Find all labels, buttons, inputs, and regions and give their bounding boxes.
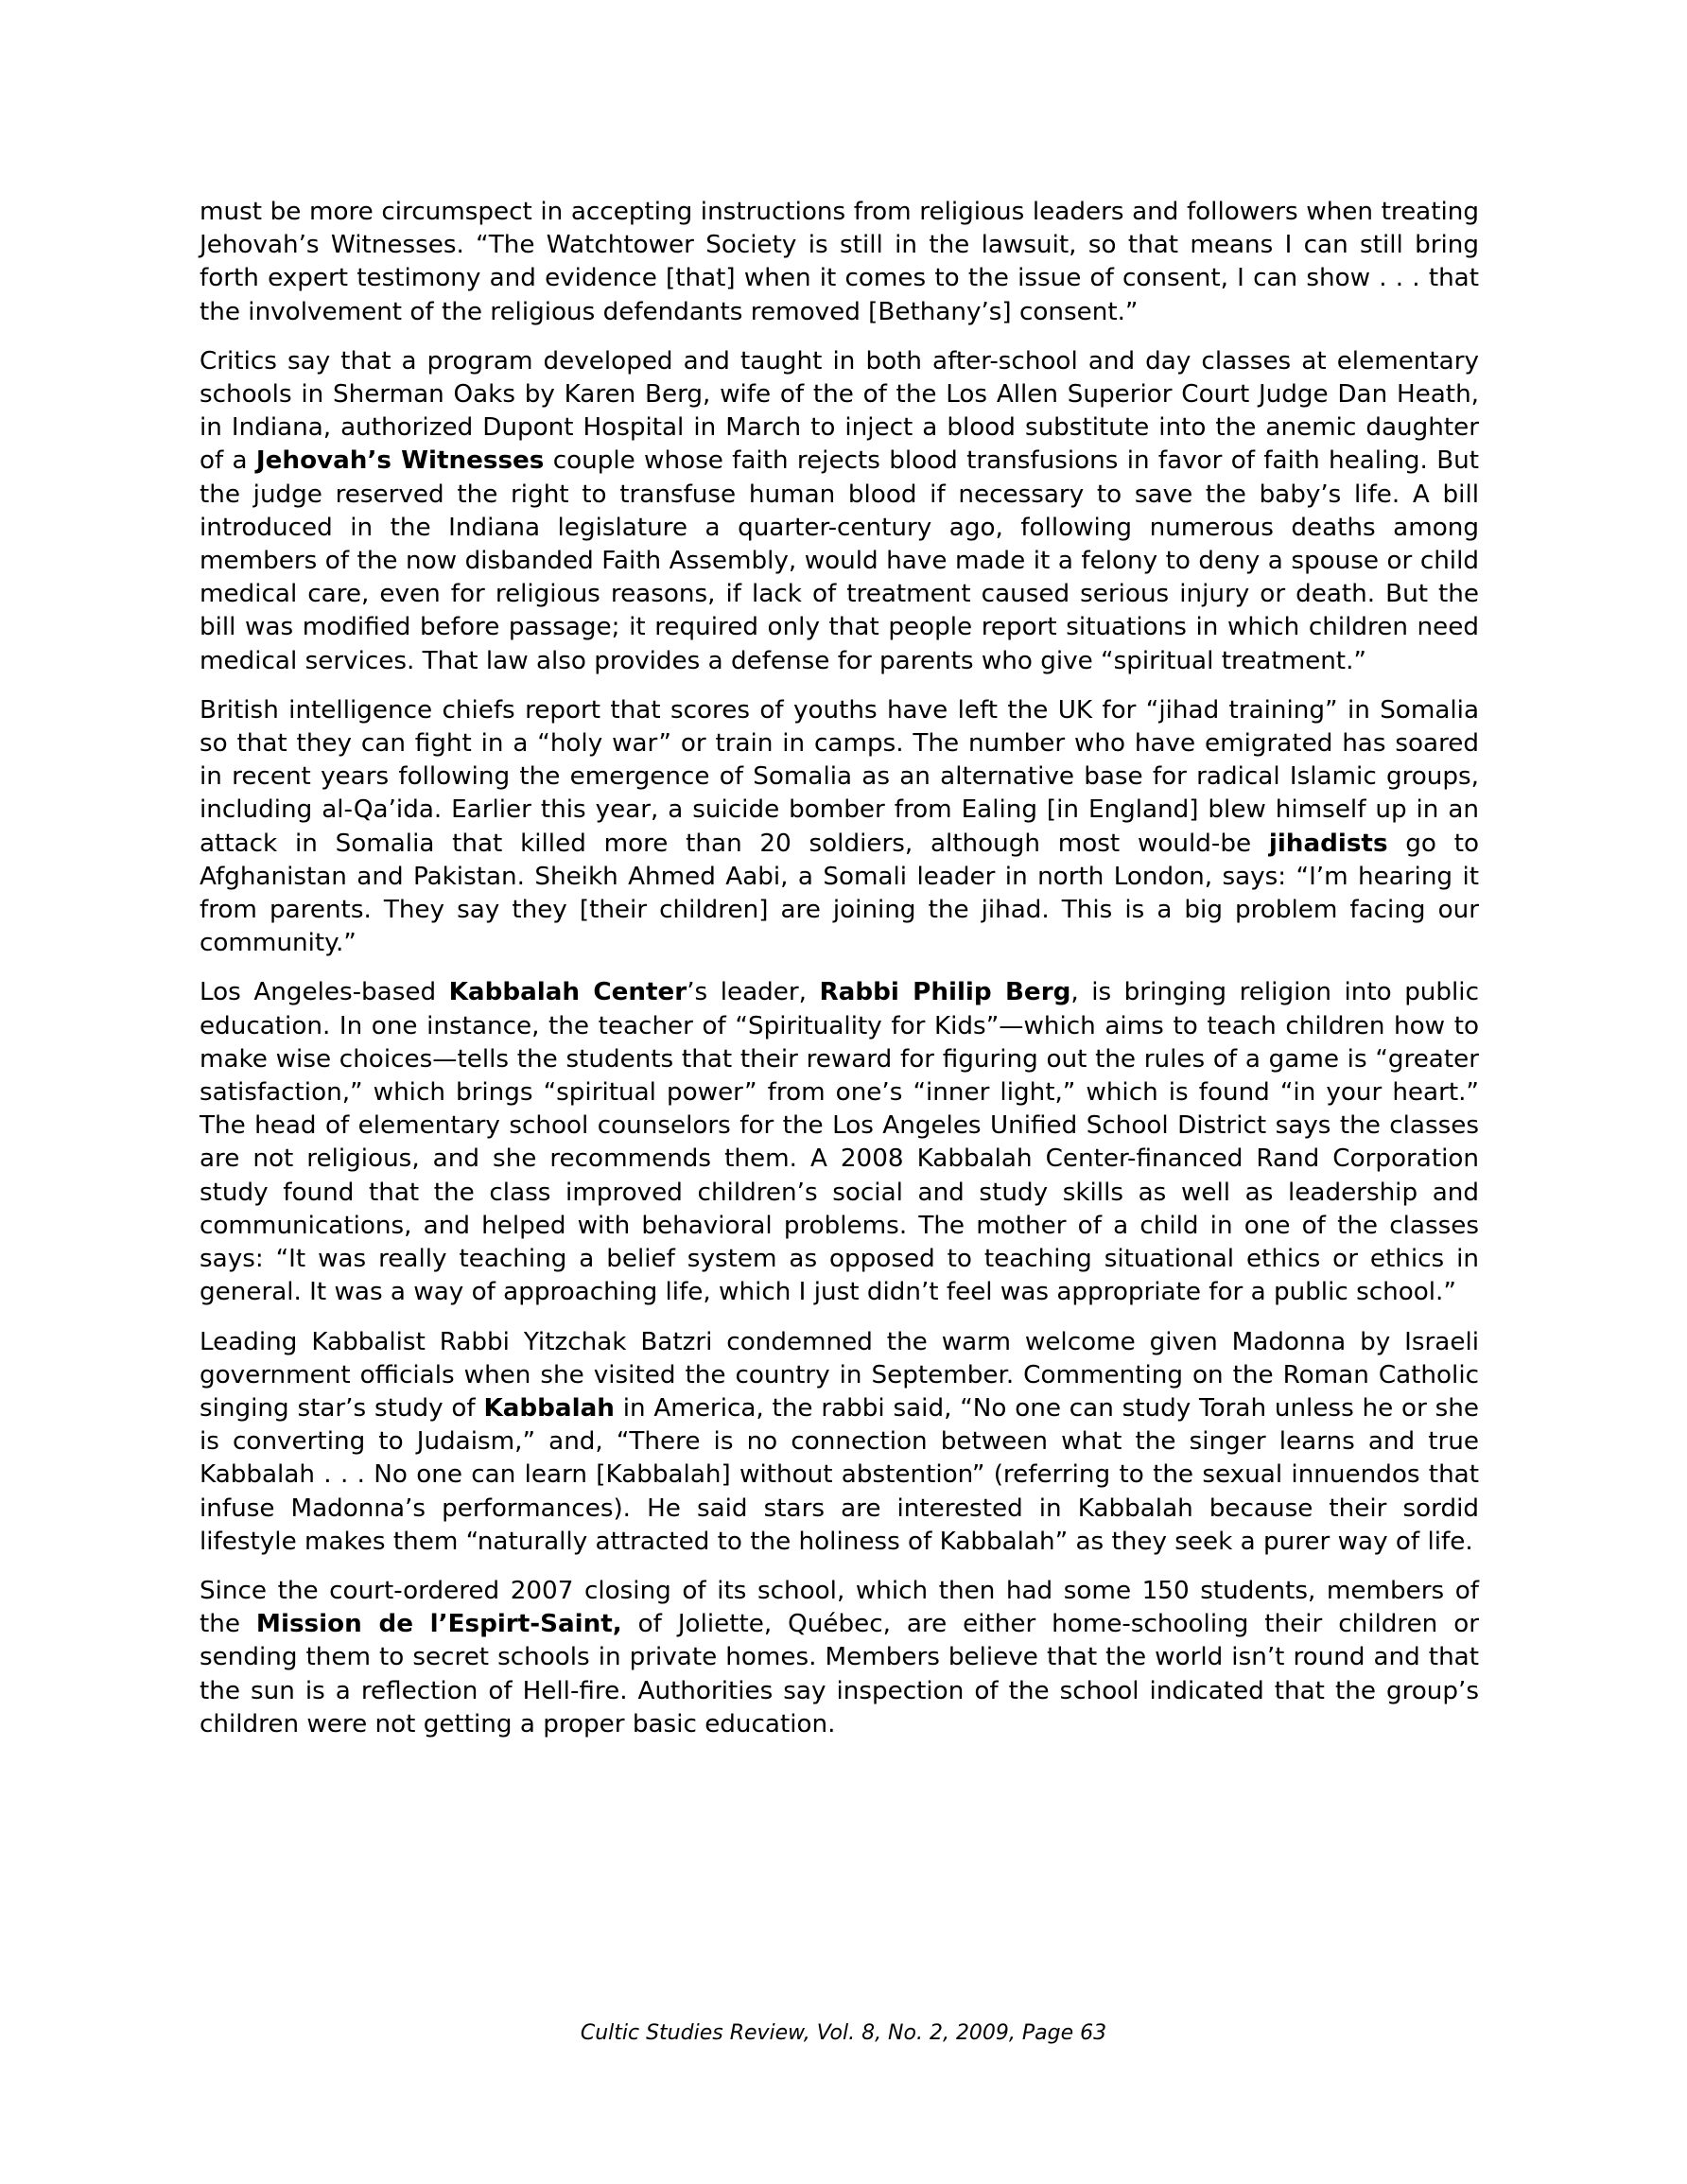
page-footer-citation: Cultic Studies Review, Vol. 8, No. 2, 20…	[0, 2019, 1687, 2048]
text-segment: , is bringing religion into public educa…	[200, 978, 1479, 1306]
bold-term-kabbalah: Kabbalah	[483, 1394, 614, 1423]
text-segment: ’s leader,	[687, 978, 819, 1006]
bold-term-jehovahs-witnesses: Jehovah’s Witnesses	[256, 446, 544, 475]
text-segment: couple whose faith rejects blood transfu…	[200, 446, 1479, 674]
paragraph-kabbalah-center: Los Angeles-based Kabbalah Center’s lead…	[200, 976, 1479, 1309]
text-segment: Los Angeles-based	[200, 978, 449, 1006]
text-segment: must be more circumspect in accepting in…	[200, 198, 1479, 326]
paragraph-jihad-training: British intelligence chiefs report that …	[200, 694, 1479, 961]
paragraph-jehovahs-witnesses-lawsuit: must be more circumspect in accepting in…	[200, 196, 1479, 329]
bold-term-kabbalah-center: Kabbalah Center	[449, 978, 687, 1006]
page-body: must be more circumspect in accepting in…	[200, 196, 1479, 1757]
bold-term-jihadists: jihadists	[1269, 830, 1388, 858]
bold-term-mission-de-lespirt-saint: Mission de l’Espirt-Saint,	[256, 1610, 622, 1638]
paragraph-madonna-kabbalah: Leading Kabbalist Rabbi Yitzchak Batzri …	[200, 1326, 1479, 1559]
paragraph-mission-espirt-saint: Since the court-ordered 2007 closing of …	[200, 1575, 1479, 1741]
paragraph-blood-transfusion: Critics say that a program developed and…	[200, 345, 1479, 678]
bold-term-rabbi-philip-berg: Rabbi Philip Berg	[820, 978, 1071, 1006]
